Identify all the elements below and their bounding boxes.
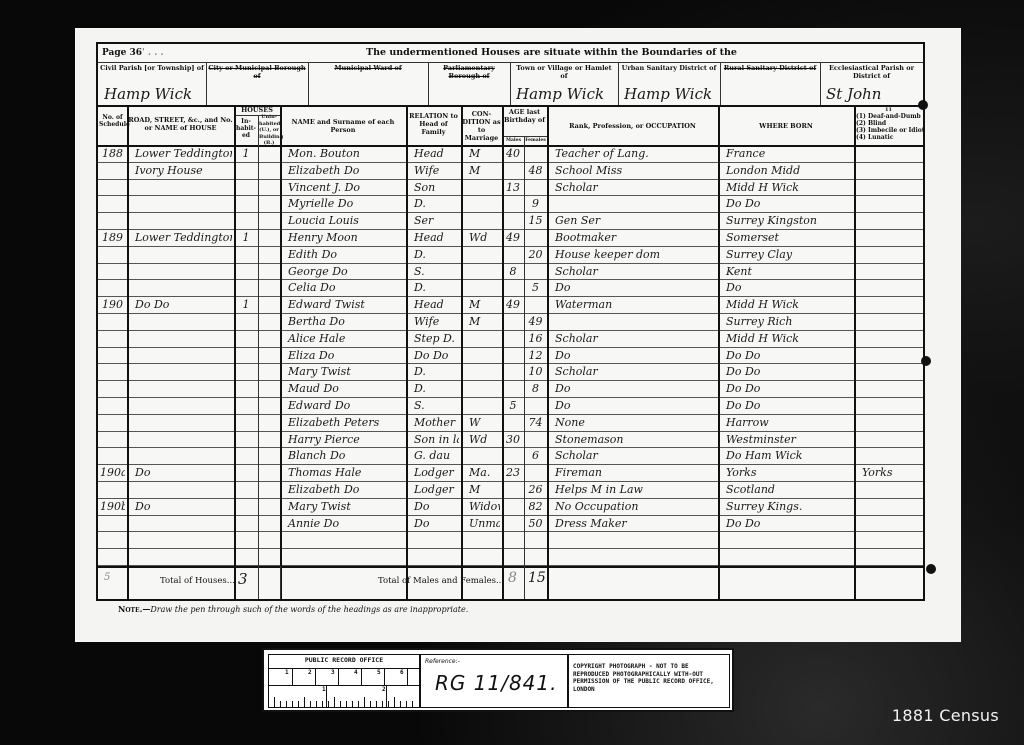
cell-infirmity [856, 230, 921, 246]
cell-male: 30 [504, 432, 522, 448]
cell-condition: M [463, 163, 500, 179]
cell-male [504, 163, 522, 179]
cell-female: 12 [526, 348, 545, 364]
cell-infirmity [856, 314, 921, 330]
cell-name: Elizabeth Peters [282, 415, 404, 431]
district-heading-label: Parliamentary Borough of [430, 64, 508, 80]
scale-minor-tick [394, 697, 395, 707]
cell-female [526, 549, 545, 565]
cell-infirmity [856, 348, 921, 364]
cell-name: George Do [282, 264, 404, 280]
district-heading-value: Hamp Wick [516, 84, 616, 104]
divider [269, 685, 419, 686]
cell-male [504, 381, 522, 397]
cell-name: Loucia Louis [282, 213, 404, 229]
ruler-box: PUBLIC RECORD OFFICE 123456 12 [268, 654, 420, 708]
cell-female: 20 [526, 247, 545, 263]
scale-minor-tick [274, 697, 275, 707]
cell-name: Celia Do [282, 280, 404, 296]
cell-occupation: Do [549, 381, 716, 397]
cell-occupation: Fireman [549, 465, 716, 481]
scale-tick [361, 668, 362, 685]
form-note: Note.—Draw the pen through such of the w… [118, 604, 468, 614]
cell-schedule [100, 331, 125, 347]
cell-infirmity [856, 381, 921, 397]
cell-relation: Mother in law [408, 415, 459, 431]
cell-name: Eliza Do [282, 348, 404, 364]
census-row: Myrielle DoD.9Do Do [98, 196, 923, 212]
cell-where-born: Midd H Wick [720, 180, 852, 196]
cell-infirmity [856, 146, 921, 162]
cell-road [129, 331, 232, 347]
cell-where-born [720, 532, 852, 548]
cell-name: Myrielle Do [282, 196, 404, 212]
column-divider [524, 136, 525, 599]
cell-relation: D. [408, 364, 459, 380]
cell-infirmity [856, 247, 921, 263]
cell-schedule [100, 314, 125, 330]
cell-relation: G. dau [408, 448, 459, 464]
district-heading-value: St John [826, 84, 921, 104]
census-row: Elizabeth PetersMother in lawW74NoneHarr… [98, 415, 923, 431]
district-heading-label: Rural Sanitary District of [722, 64, 818, 72]
cell-relation: Do [408, 499, 459, 515]
census-row: 190Do Do1Edward TwistHeadM49WatermanMidd… [98, 297, 923, 313]
cell-condition: Wd [463, 230, 500, 246]
cell-occupation: Do [549, 398, 716, 414]
cell-road: Lower Teddington Rd [129, 146, 232, 162]
cell-male [504, 482, 522, 498]
cell-road [129, 280, 232, 296]
cell-condition: Wd [463, 432, 500, 448]
column-header-inhabited: In-habit-ed [235, 118, 257, 139]
watermark-caption: 1881 Census [892, 706, 999, 725]
cell-male: 8 [504, 264, 522, 280]
cell-inhabited [236, 196, 256, 212]
cell-where-born: Scotland [720, 482, 852, 498]
district-heading-value: Hamp Wick [624, 84, 718, 104]
scale-minor-tick [370, 701, 371, 707]
cell-occupation: Scholar [549, 180, 716, 196]
column-header-females: Females [525, 137, 546, 144]
reference-box: Reference:- RG 11/841. [420, 654, 568, 708]
cell-road: Do [129, 499, 232, 515]
cell-relation: Do [408, 516, 459, 532]
census-row: Edward DoS.5DoDo Do [98, 398, 923, 414]
scale-mark-label: 5 [377, 669, 381, 677]
cell-schedule [100, 180, 125, 196]
scale-minor-tick [346, 701, 347, 707]
scale-minor-tick [376, 701, 377, 707]
cell-infirmity [856, 432, 921, 448]
cell-where-born: Yorks [720, 465, 852, 481]
census-row: 190aDoThomas HaleLodgerMa.23FiremanYorks… [98, 465, 923, 481]
cell-female: 49 [526, 314, 545, 330]
cell-where-born: Harrow [720, 415, 852, 431]
cell-female [526, 230, 545, 246]
cell-inhabited [236, 532, 256, 548]
cell-relation: Ser [408, 213, 459, 229]
cell-male [504, 448, 522, 464]
scale-minor-tick [292, 701, 293, 707]
cell-condition [463, 364, 500, 380]
cell-female [526, 398, 545, 414]
infirmity-option: (3) Imbecile or Idiot [856, 127, 925, 134]
cell-condition [463, 532, 500, 548]
cell-where-born: Surrey Rich [720, 314, 852, 330]
cell-road [129, 348, 232, 364]
cell-relation: Lodger [408, 465, 459, 481]
cell-schedule [100, 398, 125, 414]
cell-condition: Unmar [463, 516, 500, 532]
cell-female: 26 [526, 482, 545, 498]
binding-hole [918, 100, 928, 110]
scale-minor-tick [298, 701, 299, 707]
cell-inhabited [236, 516, 256, 532]
cell-road [129, 364, 232, 380]
cell-schedule: 190a [100, 465, 125, 481]
divider [98, 105, 923, 107]
cell-name: Elizabeth Do [282, 163, 404, 179]
cell-schedule [100, 532, 125, 548]
cell-schedule [100, 364, 125, 380]
scale-minor-tick [400, 701, 401, 707]
cell-female [526, 264, 545, 280]
cell-female: 15 [526, 213, 545, 229]
scale-minor-tick [316, 701, 317, 707]
cell-male [504, 213, 522, 229]
divider [308, 62, 309, 105]
column-divider [461, 105, 463, 599]
cell-infirmity [856, 532, 921, 548]
cell-schedule: 188 [100, 146, 125, 162]
copyright-notice: COPYRIGHT PHOTOGRAPH - NOT TO BE REPRODU… [573, 663, 727, 693]
cell-where-born: Do Do [720, 348, 852, 364]
cell-inhabited [236, 280, 256, 296]
cell-where-born: Do Do [720, 381, 852, 397]
cell-relation: D. [408, 280, 459, 296]
cell-male [504, 549, 522, 565]
total-females: 15 [528, 570, 546, 586]
reference-value: RG 11/841. [435, 671, 557, 695]
census-row: Vincent J. DoSon13ScholarMidd H Wick [98, 180, 923, 196]
cell-where-born: Somerset [720, 230, 852, 246]
census-row: Alice HaleStep D.16ScholarMidd H Wick [98, 331, 923, 347]
cell-where-born: London Midd [720, 163, 852, 179]
cell-inhabited [236, 432, 256, 448]
cell-occupation: Do [549, 280, 716, 296]
census-row: Annie DoDoUnmar50Dress MakerDo Do [98, 516, 923, 532]
cell-inhabited [236, 415, 256, 431]
cell-schedule [100, 482, 125, 498]
cell-name: Blanch Do [282, 448, 404, 464]
cell-occupation: House keeper dom [549, 247, 716, 263]
divider [820, 62, 821, 105]
scale-tick [292, 668, 293, 685]
cell-schedule [100, 163, 125, 179]
cell-where-born: Midd H Wick [720, 297, 852, 313]
column-divider [502, 105, 504, 599]
binding-hole [926, 564, 936, 574]
cell-occupation: Gen Ser [549, 213, 716, 229]
cell-female: 48 [526, 163, 545, 179]
cell-condition: W [463, 415, 500, 431]
total-houses-label: Total of Houses... [160, 576, 235, 586]
cell-schedule [100, 549, 125, 565]
cell-condition [463, 448, 500, 464]
cell-condition: M [463, 297, 500, 313]
divider [510, 62, 511, 105]
cell-male [504, 247, 522, 263]
scale-minor-tick [352, 701, 353, 707]
cell-where-born: Kent [720, 264, 852, 280]
cell-inhabited [236, 549, 256, 565]
cell-inhabited [236, 264, 256, 280]
cell-infirmity [856, 364, 921, 380]
column-divider [127, 105, 129, 599]
divider [428, 62, 429, 105]
cell-condition [463, 196, 500, 212]
scale-minor-tick [280, 701, 281, 707]
scale-tick [315, 668, 316, 685]
cell-infirmity [856, 331, 921, 347]
cell-road: Lower Teddington Rd [129, 230, 232, 246]
census-row: Ivory HouseElizabeth DoWifeM48School Mis… [98, 163, 923, 179]
cell-female [526, 432, 545, 448]
scale-tick [338, 668, 339, 685]
census-row: Mary TwistD.10ScholarDo Do [98, 364, 923, 380]
boundary-heading: The undermentioned Houses are situate wi… [366, 47, 737, 58]
census-row: Maud DoD.8DoDo Do [98, 381, 923, 397]
cell-infirmity [856, 482, 921, 498]
cell-inhabited [236, 180, 256, 196]
cell-infirmity [856, 499, 921, 515]
cell-name: Edith Do [282, 247, 404, 263]
census-row [98, 532, 923, 548]
cell-condition [463, 264, 500, 280]
cell-infirmity [856, 415, 921, 431]
cell-road [129, 247, 232, 263]
column-header-road: ROAD, STREET, &c., and No. or NAME of HO… [128, 116, 233, 132]
cell-relation: D. [408, 381, 459, 397]
cell-inhabited [236, 465, 256, 481]
cell-inhabited [236, 398, 256, 414]
cell-relation: D. [408, 247, 459, 263]
cell-condition: M [463, 146, 500, 162]
district-heading-label: Urban Sanitary District of [620, 64, 718, 72]
cell-female [526, 465, 545, 481]
cell-name: Maud Do [282, 381, 404, 397]
cell-relation: Head [408, 297, 459, 313]
census-row: Harry PierceSon in lawWd30StonemasonWest… [98, 432, 923, 448]
cell-inhabited [236, 314, 256, 330]
cell-schedule [100, 196, 125, 212]
census-row: Bertha DoWifeM49Surrey Rich [98, 314, 923, 330]
cell-name: Alice Hale [282, 331, 404, 347]
cell-relation: S. [408, 398, 459, 414]
divider [98, 566, 923, 568]
scale-mark-label: 2 [308, 669, 312, 677]
cell-where-born: Do Do [720, 364, 852, 380]
cell-road [129, 314, 232, 330]
cell-relation: Wife [408, 163, 459, 179]
cell-where-born: Do Do [720, 398, 852, 414]
census-row: Eliza DoDo Do12DoDo Do [98, 348, 923, 364]
scale-minor-tick [286, 701, 287, 707]
cell-male [504, 516, 522, 532]
census-row: 188Lower Teddington Rd1Mon. BoutonHeadM4… [98, 146, 923, 162]
cell-female: 5 [526, 280, 545, 296]
cell-infirmity [856, 398, 921, 414]
cell-infirmity [856, 280, 921, 296]
cell-name: Henry Moon [282, 230, 404, 246]
cell-female: 10 [526, 364, 545, 380]
column-divider [280, 105, 282, 599]
cell-name: Bertha Do [282, 314, 404, 330]
cell-occupation: Bootmaker [549, 230, 716, 246]
cell-name: Harry Pierce [282, 432, 404, 448]
scale-minor-tick [310, 701, 311, 707]
cell-road [129, 532, 232, 548]
cell-inhabited [236, 482, 256, 498]
cell-schedule [100, 432, 125, 448]
infirmity-option: (1) Deaf-and-Dumb [856, 113, 921, 120]
cell-name: Edward Do [282, 398, 404, 414]
district-heading-label: Municipal Ward of [310, 64, 426, 72]
cell-condition: Ma. [463, 465, 500, 481]
divider [720, 62, 721, 105]
cell-schedule: 190b [100, 499, 125, 515]
column-divider [234, 566, 236, 599]
cell-schedule: 190 [100, 297, 125, 313]
cell-relation: Lodger [408, 482, 459, 498]
cell-schedule [100, 280, 125, 296]
cell-where-born: Do [720, 280, 852, 296]
cell-schedule [100, 247, 125, 263]
cell-where-born: Surrey Clay [720, 247, 852, 263]
cell-condition [463, 331, 500, 347]
census-row: Loucia LouisSer15Gen SerSurrey Kingston [98, 213, 923, 229]
cell-male [504, 364, 522, 380]
cell-where-born: Westminster [720, 432, 852, 448]
column-divider [258, 566, 259, 599]
divider [618, 62, 619, 105]
cell-female: 74 [526, 415, 545, 431]
scale-minor-tick [358, 701, 359, 707]
cell-inhabited [236, 448, 256, 464]
census-row: 189Lower Teddington Rd1Henry MoonHeadWd4… [98, 230, 923, 246]
cell-occupation: None [549, 415, 716, 431]
cell-schedule: 189 [100, 230, 125, 246]
total-persons-label: Total of Males and Females... [378, 576, 504, 586]
cell-occupation: School Miss [549, 163, 716, 179]
cell-relation: Wife [408, 314, 459, 330]
cell-occupation: Stonemason [549, 432, 716, 448]
cell-schedule [100, 415, 125, 431]
scale-tick [384, 668, 385, 685]
cell-condition [463, 180, 500, 196]
cell-relation: S. [408, 264, 459, 280]
cell-male [504, 331, 522, 347]
scale-mark-label: 4 [354, 669, 358, 677]
infirmity-option: (4) Lunatic [856, 134, 893, 141]
scale-minor-tick [406, 701, 407, 707]
cell-road [129, 448, 232, 464]
district-heading-label: Town or Village or Hamlet of [512, 64, 616, 80]
cell-male [504, 348, 522, 364]
column-header-where-born: WHERE BORN [719, 122, 853, 130]
cell-schedule [100, 381, 125, 397]
cell-occupation: Dress Maker [549, 516, 716, 532]
cell-infirmity [856, 213, 921, 229]
scale-minor-tick [382, 701, 383, 707]
cell-inhabited [236, 213, 256, 229]
cell-name: Vincent J. Do [282, 180, 404, 196]
cell-infirmity [856, 196, 921, 212]
district-heading-label: City or Municipal Borough of [208, 64, 306, 80]
column-divider [718, 105, 720, 599]
cell-male [504, 314, 522, 330]
cell-condition [463, 280, 500, 296]
cell-female [526, 532, 545, 548]
scale-minor-tick [334, 697, 335, 707]
cell-occupation [549, 314, 716, 330]
cell-where-born: Do Do [720, 196, 852, 212]
cell-occupation: Teacher of Lang. [549, 146, 716, 162]
cell-road [129, 196, 232, 212]
cell-where-born: Do Ham Wick [720, 448, 852, 464]
column-divider [280, 566, 281, 599]
cell-infirmity: Yorks [856, 465, 921, 481]
page-number: Page 36' . . . [102, 48, 164, 58]
cell-inhabited [236, 163, 256, 179]
cell-male [504, 499, 522, 515]
cell-male: 13 [504, 180, 522, 196]
cell-road [129, 180, 232, 196]
column-header-occupation: Rank, Profession, or OCCUPATION [548, 122, 717, 130]
column-header-relation: RELATION to Head of Family [407, 112, 460, 136]
cell-relation: Head [408, 230, 459, 246]
cell-condition [463, 348, 500, 364]
column-divider [547, 105, 549, 599]
cell-road [129, 549, 232, 565]
cell-male: 49 [504, 230, 522, 246]
cell-occupation: Helps M in Law [549, 482, 716, 498]
district-heading-value: Hamp Wick [104, 84, 204, 104]
cell-occupation: Scholar [549, 448, 716, 464]
cell-male: 49 [504, 297, 522, 313]
cell-relation [408, 549, 459, 565]
cell-road [129, 415, 232, 431]
cell-occupation [549, 196, 716, 212]
cell-name: Edward Twist [282, 297, 404, 313]
divider [206, 62, 207, 105]
cell-occupation: Do [549, 348, 716, 364]
cell-where-born: Surrey Kings. [720, 499, 852, 515]
total-houses-value: 3 [238, 570, 248, 588]
cell-female: 82 [526, 499, 545, 515]
cell-road [129, 398, 232, 414]
cell-condition [463, 398, 500, 414]
cell-schedule [100, 264, 125, 280]
cell-name: Mary Twist [282, 499, 404, 515]
cell-condition: M [463, 314, 500, 330]
scale-minor-tick [412, 701, 413, 707]
column-divider [524, 566, 525, 599]
cell-inhabited: 1 [236, 297, 256, 313]
cell-condition [463, 247, 500, 263]
cell-occupation: No Occupation [549, 499, 716, 515]
